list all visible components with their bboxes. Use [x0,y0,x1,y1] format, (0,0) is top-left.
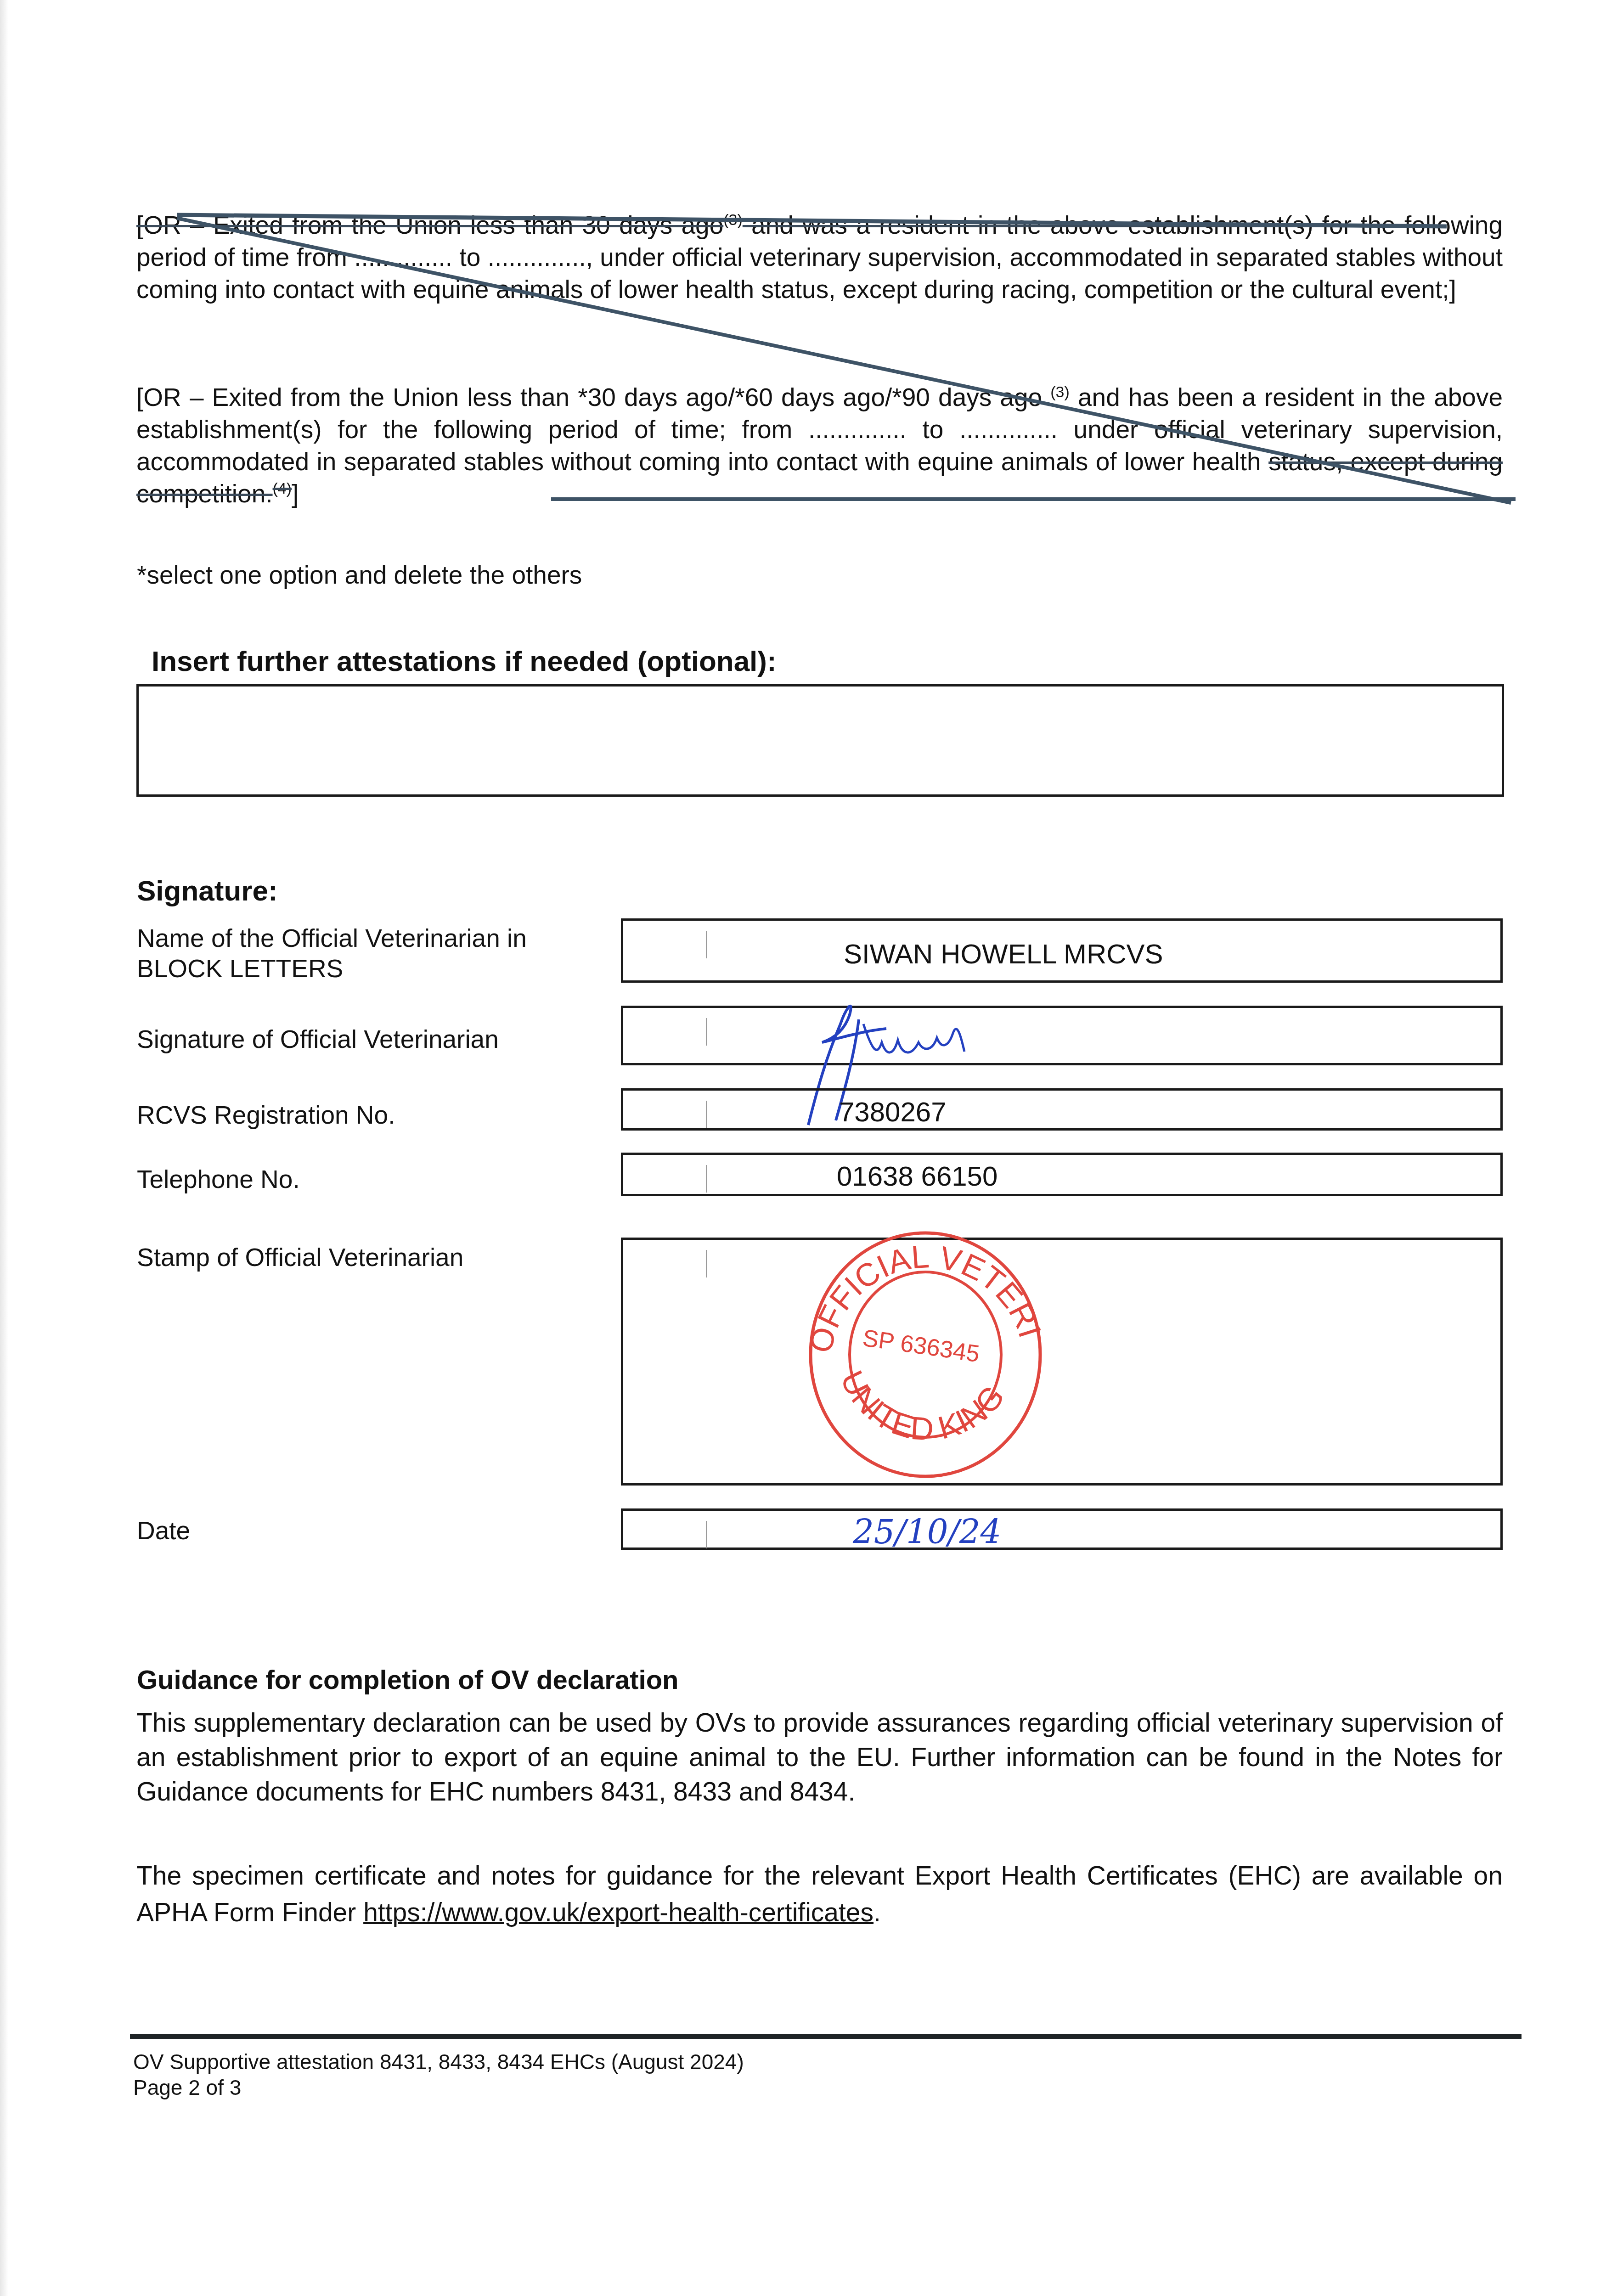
rcvs-field[interactable]: 7380267 [621,1088,1503,1131]
telephone-field[interactable]: 01638 66150 [621,1153,1503,1196]
rcvs-value: 7380267 [839,1096,947,1128]
footer-rule [130,2034,1522,2039]
footer-title: OV Supportive attestation 8431, 8433, 84… [133,2049,744,2075]
name-label: Name of the Official Veterinarian in BLO… [137,923,527,984]
field-tick [706,931,707,958]
official-stamp-icon: OFFICIAL VETERINARIAN UNITED KINGDOM SP … [790,1221,1065,1479]
field-tick [706,1250,707,1277]
field-tick [706,1018,707,1046]
telephone-label: Telephone No. [137,1164,300,1194]
period: . [873,1898,881,1927]
strike-line-icon [177,215,1447,226]
name-label-line2: BLOCK LETTERS [137,953,527,984]
select-note: *select one option and delete the others [137,560,582,590]
name-value: SIWAN HOWELL MRCVS [844,938,1163,970]
name-field[interactable]: SIWAN HOWELL MRCVS [621,918,1503,983]
date-value: 25/10/24 [853,1513,1001,1551]
signature-field[interactable] [621,1006,1503,1065]
date-label: Date [137,1515,190,1546]
stamp-label: Stamp of Official Veterinarian [137,1242,463,1272]
date-field[interactable]: 25/10/24 [621,1508,1503,1550]
stamp-center-text: SP 636345 [861,1325,981,1367]
guidance-paragraph-1: This supplementary declaration can be us… [136,1706,1503,1809]
telephone-value: 01638 66150 [837,1160,997,1192]
field-tick [706,1165,707,1193]
name-label-line1: Name of the Official Veterinarian in [137,923,527,953]
guidance-paragraph-2: The specimen certificate and notes for g… [136,1857,1503,1931]
signature-heading: Signature: [137,875,278,907]
further-attestations-input[interactable] [136,684,1504,797]
deletion-strokes [0,0,1623,528]
diagonal-strike-icon [177,218,1511,503]
field-tick [706,1521,707,1548]
field-tick [706,1101,707,1128]
guidance-heading: Guidance for completion of OV declaratio… [137,1665,678,1695]
page-number: Page 2 of 3 [133,2075,744,2100]
footer: OV Supportive attestation 8431, 8433, 84… [133,2049,744,2100]
signature-label: Signature of Official Veterinarian [137,1024,499,1054]
export-health-certificates-link[interactable]: https://www.gov.uk/export-health-certifi… [363,1898,873,1927]
further-attestations-heading: Insert further attestations if needed (o… [152,645,777,678]
rcvs-label: RCVS Registration No. [137,1100,395,1130]
